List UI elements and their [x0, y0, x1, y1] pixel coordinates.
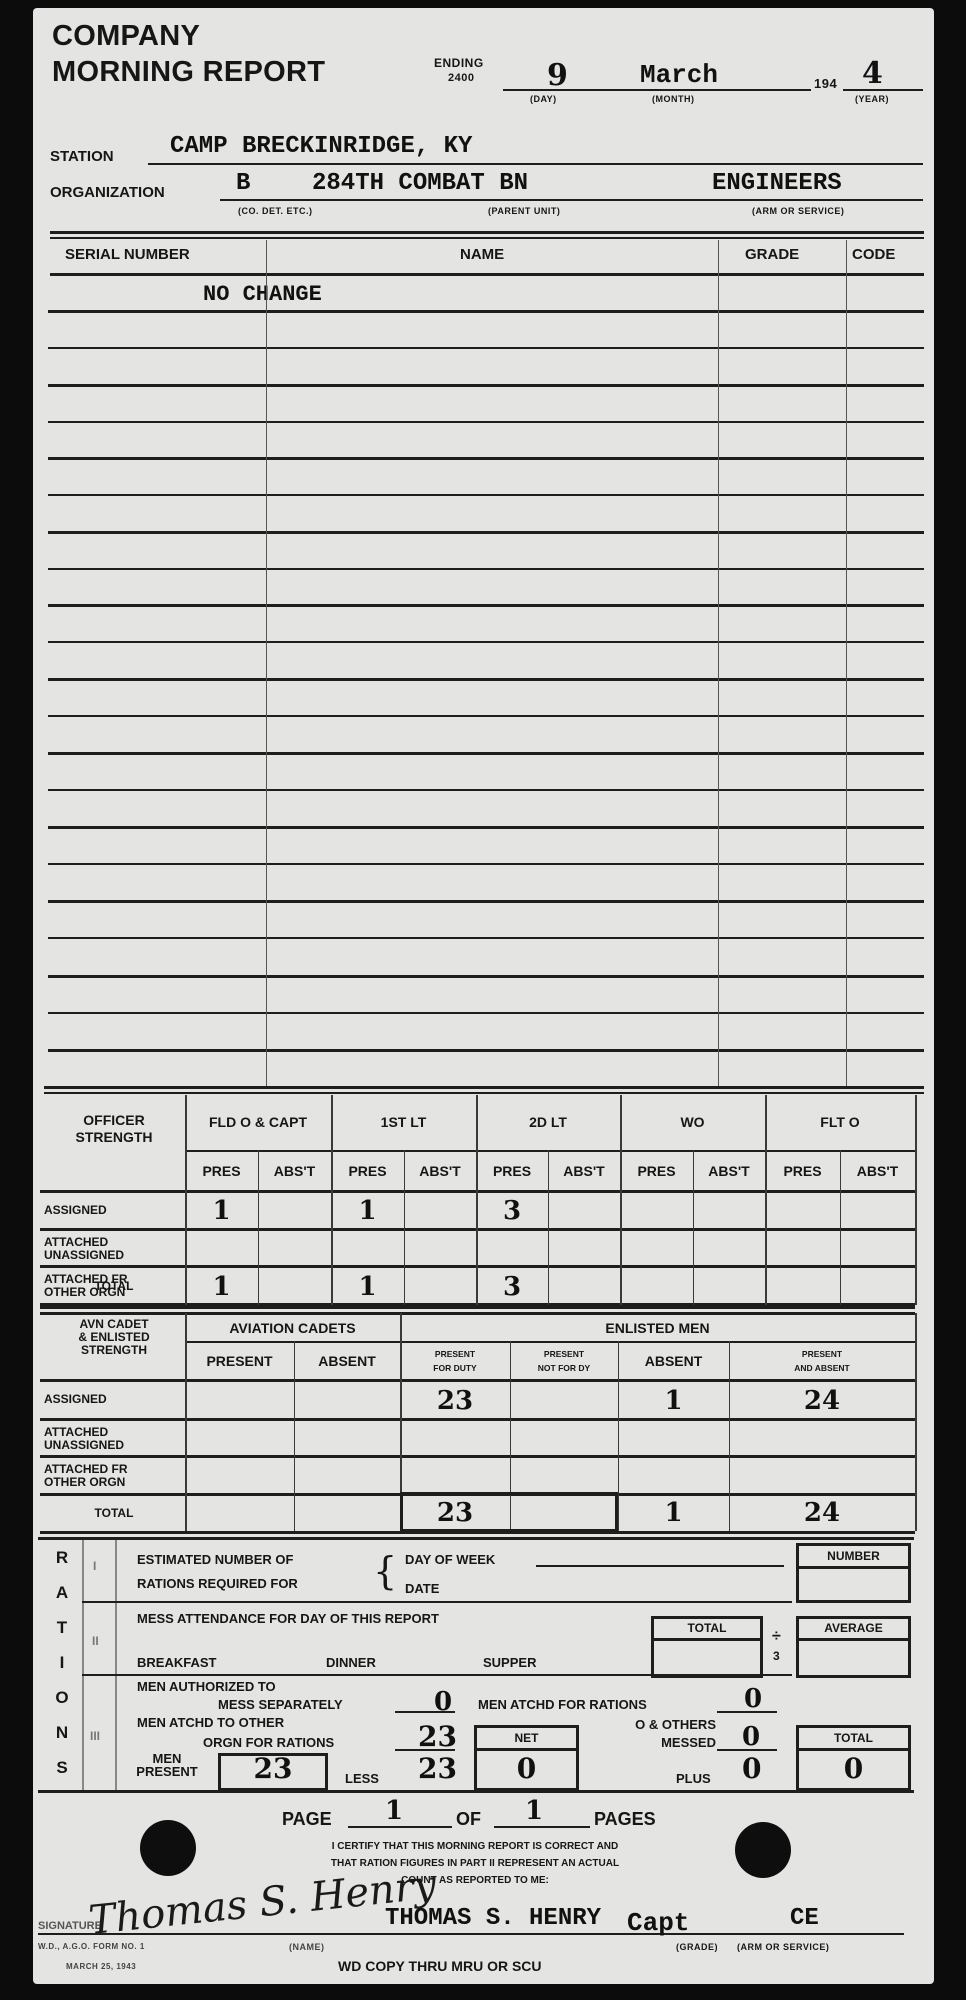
roster-row[interactable] [48, 644, 924, 678]
supper-label: SUPPER [483, 1656, 536, 1669]
of-value: 1 [525, 1796, 543, 1826]
grade-caption: (GRADE) [676, 1942, 718, 1952]
rations-letter: A [52, 1583, 72, 1603]
men-auth-value: 0 [434, 1687, 452, 1717]
officer-cell[interactable] [693, 1230, 765, 1267]
enlisted-cell[interactable]: 23 [400, 1495, 510, 1531]
form-date: MARCH 25, 1943 [66, 1962, 136, 1971]
signature-line[interactable] [38, 1933, 904, 1935]
parent-caption: (PARENT UNIT) [488, 206, 560, 216]
month-caption: (MONTH) [652, 94, 695, 104]
roster-row[interactable] [48, 681, 924, 715]
officer-col-abs: ABS'T [548, 1152, 620, 1190]
officer-cell[interactable] [765, 1192, 840, 1230]
officer-col-pres: PRES [185, 1152, 258, 1190]
enlisted-cell[interactable] [618, 1420, 729, 1457]
of-label: OF [456, 1809, 481, 1830]
roster-row[interactable] [48, 534, 924, 568]
enlisted-cell[interactable] [294, 1495, 400, 1531]
brace-icon: { [373, 1549, 397, 1593]
station-value: CAMP BRECKINRIDGE, KY [170, 133, 472, 160]
officer-group-header: FLD O & CAPT [185, 1096, 331, 1148]
enlisted-cell[interactable] [185, 1457, 294, 1495]
enlisted-cell[interactable] [618, 1457, 729, 1495]
officer-cell[interactable]: 3 [476, 1268, 548, 1306]
roster-row[interactable] [48, 903, 924, 937]
officer-group-header: FLT O [765, 1096, 915, 1148]
officer-cell[interactable] [840, 1192, 915, 1230]
roster-entry: NO CHANGE [203, 282, 322, 307]
officer-group-header: 1ST LT [331, 1096, 476, 1148]
enlisted-col-header: PRESENT [185, 1343, 294, 1379]
rations-letter: N [52, 1723, 72, 1743]
signer-name: THOMAS S. HENRY [385, 1905, 601, 1932]
enlisted-col-header: PRESENTNOT FOR DY [510, 1343, 618, 1379]
enlisted-cell[interactable] [510, 1495, 618, 1531]
enlisted-col-header: PRESENTAND ABSENT [729, 1343, 915, 1379]
report-year: 4 [862, 56, 883, 91]
company-caption: (CO. DET. ETC.) [238, 206, 313, 216]
roster-row-rule [48, 347, 924, 349]
service-caption: (ARM OR SERVICE) [737, 1942, 829, 1952]
organization-arm: ENGINEERS [712, 170, 842, 197]
enlisted-cell[interactable] [510, 1457, 618, 1495]
officer-col-pres: PRES [765, 1152, 840, 1190]
enlisted-cell[interactable] [185, 1495, 294, 1531]
officer-cell[interactable] [404, 1230, 476, 1267]
signer-grade: Capt [627, 1908, 689, 1938]
enlisted-row-label: ASSIGNED [44, 1393, 184, 1406]
group-enlisted-men: ENLISTED MEN [400, 1314, 915, 1341]
ending-label: ENDING [434, 56, 484, 70]
enlisted-cell[interactable] [729, 1420, 915, 1457]
officer-cell[interactable] [548, 1192, 620, 1230]
organization-label: ORGANIZATION [50, 184, 165, 201]
part-iii-label: III [90, 1730, 100, 1743]
enlisted-row-label: ATTACHED FROTHER ORGN [44, 1463, 184, 1489]
enlisted-strength-title: AVN CADET& ENLISTEDSTRENGTH [44, 1318, 184, 1357]
enlisted-cell[interactable] [294, 1381, 400, 1420]
day-caption: (DAY) [530, 94, 557, 104]
roster-row-rule [48, 568, 924, 570]
roster-row-rule [48, 641, 924, 643]
men-atchd-rations-label: MEN ATCHD FOR RATIONS [478, 1698, 647, 1711]
officer-cell[interactable] [548, 1230, 620, 1267]
signer-service: CE [790, 1905, 819, 1932]
roster-row[interactable] [48, 792, 924, 826]
average-label: AVERAGE [796, 1622, 911, 1635]
roster-row-rule [48, 494, 924, 496]
divide-icon: ÷ [772, 1630, 781, 1643]
organization-line [220, 199, 923, 201]
enlisted-col-header: ABSENT [618, 1343, 729, 1379]
roster-row[interactable] [48, 829, 924, 863]
rations-letter: S [52, 1758, 72, 1778]
officer-row-label: ASSIGNED [44, 1204, 184, 1217]
rations-letter: O [52, 1688, 72, 1708]
roster-row-rule [48, 937, 924, 939]
enlisted-cell[interactable]: 24 [729, 1495, 915, 1531]
day-of-week-label: DAY OF WEEK [405, 1553, 495, 1566]
net-value: 0 [474, 1752, 579, 1785]
roster-row-rule [48, 1012, 924, 1014]
plus-label: PLUS [676, 1772, 711, 1785]
roster-row-rule [48, 715, 924, 717]
roster-row[interactable] [48, 424, 924, 457]
pages-label: PAGES [594, 1809, 656, 1830]
roster-row-rule [48, 863, 924, 865]
officer-strength-title: OFFICER STRENGTH [44, 1112, 184, 1146]
officer-col-abs: ABS'T [840, 1152, 915, 1190]
roster-bottom-rule [44, 1086, 924, 1089]
station-label: STATION [50, 148, 114, 165]
page-value: 1 [385, 1796, 403, 1826]
year-prefix: 194 [814, 76, 837, 91]
enlisted-cell[interactable] [729, 1457, 915, 1495]
enlisted-cell[interactable] [510, 1381, 618, 1420]
enlisted-col-header: PRESENTFOR DUTY [400, 1343, 510, 1379]
officer-row-label: ATTACHEDUNASSIGNED [44, 1236, 184, 1262]
enlisted-cell[interactable] [400, 1457, 510, 1495]
officer-col-abs: ABS'T [404, 1152, 476, 1190]
enlisted-cell[interactable] [185, 1420, 294, 1457]
plus-value: 0 [742, 1752, 761, 1785]
col-header-code: CODE [852, 246, 895, 263]
men-auth-label-1: MEN AUTHORIZED TO [137, 1680, 276, 1693]
total2-label: TOTAL [796, 1732, 911, 1745]
form-number: W.D., A.G.O. FORM NO. 1 [38, 1942, 145, 1951]
enlisted-col-header: ABSENT [294, 1343, 400, 1379]
rations-top-rule [38, 1537, 914, 1540]
officer-cell[interactable] [840, 1268, 915, 1306]
report-day: 9 [547, 58, 568, 93]
officer-group-header: WO [620, 1096, 765, 1148]
estimated-label-2: RATIONS REQUIRED FOR [137, 1577, 298, 1590]
officer-cell[interactable] [258, 1268, 331, 1306]
enlisted-cell[interactable] [294, 1457, 400, 1495]
officer-col-abs: ABS'T [693, 1152, 765, 1190]
enlisted-cell[interactable] [294, 1420, 400, 1457]
name-caption: (NAME) [289, 1942, 325, 1952]
group-aviation-cadets: AVIATION CADETS [185, 1314, 400, 1341]
wd-copy-note: WD COPY THRU MRU OR SCU [338, 1958, 542, 1974]
date-label: DATE [405, 1582, 439, 1595]
roster-row[interactable] [48, 571, 924, 604]
mess-total-label: TOTAL [651, 1622, 763, 1635]
year-line [843, 89, 923, 91]
officer-cell[interactable] [404, 1192, 476, 1230]
total2-value: 0 [796, 1752, 911, 1785]
roster-top-rule-2 [50, 237, 924, 239]
roster-row[interactable] [48, 387, 924, 421]
officer-cell[interactable] [185, 1230, 258, 1267]
arm-caption: (ARM OR SERVICE) [752, 206, 844, 216]
officer-cell[interactable]: 1 [185, 1268, 258, 1306]
part-i-label: I [93, 1560, 96, 1573]
officer-group-header: 2D LT [476, 1096, 620, 1148]
officer-cell[interactable] [258, 1230, 331, 1267]
officer-col-pres: PRES [476, 1152, 548, 1190]
officer-cell[interactable] [476, 1230, 548, 1267]
roster-top-rule [50, 231, 924, 234]
officer-cell[interactable] [258, 1192, 331, 1230]
report-month: March [640, 60, 718, 90]
officer-cell[interactable] [620, 1230, 693, 1267]
officer-cell[interactable] [620, 1268, 693, 1306]
roster-row[interactable] [48, 940, 924, 975]
men-present-label: MEN PRESENT [127, 1752, 207, 1778]
col-header-serial: SERIAL NUMBER [65, 246, 190, 263]
net-label: NET [474, 1732, 579, 1745]
number-label: NUMBER [796, 1550, 911, 1563]
roster-header-rule [50, 273, 924, 276]
officer-cell[interactable] [693, 1268, 765, 1306]
roster-row[interactable] [48, 497, 924, 531]
others-value: 0 [742, 1722, 760, 1752]
organization-company: B [236, 170, 250, 197]
officer-cell[interactable] [620, 1192, 693, 1230]
officer-cell[interactable]: 1 [185, 1192, 258, 1230]
roster-row[interactable] [48, 350, 924, 384]
mess-attendance-label: MESS ATTENDANCE FOR DAY OF THIS REPORT [137, 1612, 439, 1625]
others-label-1: O & OTHERS [606, 1718, 716, 1731]
col-header-grade: GRADE [745, 246, 799, 263]
dinner-label: DINNER [326, 1656, 376, 1669]
officer-col-abs: ABS'T [258, 1152, 331, 1190]
estimated-label-1: ESTIMATED NUMBER OF [137, 1553, 293, 1566]
men-auth-label-2: MESS SEPARATELY [218, 1698, 343, 1711]
enlisted-cell[interactable]: 1 [618, 1495, 729, 1531]
roster-row[interactable] [48, 460, 924, 494]
roster-row[interactable] [48, 755, 924, 789]
roster-row[interactable] [48, 313, 924, 347]
enlisted-cell[interactable]: 23 [400, 1381, 510, 1420]
officer-col-pres: PRES [620, 1152, 693, 1190]
roster-row[interactable] [48, 1015, 924, 1049]
officer-cell[interactable] [548, 1268, 620, 1306]
men-atchd-other-label-1: MEN ATCHD TO OTHER [137, 1716, 284, 1729]
form-title-line1: COMPANY [52, 20, 200, 53]
officer-cell[interactable] [331, 1230, 404, 1267]
roster-row[interactable] [48, 978, 924, 1012]
station-line [148, 163, 923, 165]
men-atchd-other-label-2: ORGN FOR RATIONS [203, 1736, 334, 1749]
roster-row[interactable] [48, 607, 924, 641]
roster-row-rule [48, 789, 924, 791]
officer-cell[interactable]: 1 [331, 1268, 404, 1306]
roster-row[interactable] [48, 866, 924, 900]
officer-cell[interactable] [404, 1268, 476, 1306]
year-caption: (YEAR) [855, 94, 889, 104]
men-atchd-other-value: 23 [418, 1720, 457, 1753]
enlisted-cell[interactable]: 24 [729, 1381, 915, 1420]
men-atchd-rations-value: 0 [744, 1684, 762, 1714]
roster-row-rule [48, 421, 924, 423]
enlisted-row-label: ATTACHEDUNASSIGNED [44, 1426, 184, 1452]
enlisted-cell[interactable]: 1 [618, 1381, 729, 1420]
divide-by: 3 [773, 1650, 780, 1663]
enlisted-cell[interactable] [185, 1381, 294, 1420]
officer-cell[interactable] [765, 1230, 840, 1267]
part-ii-label: II [92, 1635, 99, 1648]
officer-row-label: TOTAL [44, 1280, 184, 1293]
rations-letter: R [52, 1548, 72, 1568]
binder-hole-left [140, 1820, 196, 1876]
roster-row-rule [48, 1049, 924, 1052]
ending-time: 2400 [448, 72, 474, 84]
binder-hole-right [735, 1822, 791, 1878]
organization-parent-unit: 284TH COMBAT BN [312, 170, 528, 197]
breakfast-label: BREAKFAST [137, 1656, 216, 1669]
enlisted-cell[interactable] [510, 1420, 618, 1457]
men-present-value: 23 [218, 1752, 328, 1785]
rations-letter: T [52, 1618, 72, 1638]
officer-cell[interactable] [840, 1230, 915, 1267]
day-of-week-line[interactable] [536, 1565, 784, 1567]
others-label-2: MESSED [606, 1736, 716, 1749]
enlisted-row-label: TOTAL [44, 1507, 184, 1520]
rations-letter: I [52, 1653, 72, 1673]
less-label: LESS [345, 1772, 379, 1785]
officer-cell[interactable] [693, 1192, 765, 1230]
page-label: PAGE [282, 1809, 332, 1830]
form-title-line2: MORNING REPORT [52, 56, 325, 89]
less-value: 23 [418, 1752, 457, 1785]
col-header-name: NAME [460, 246, 504, 263]
enlisted-cell[interactable] [400, 1420, 510, 1457]
officer-col-pres: PRES [331, 1152, 404, 1190]
roster-row[interactable] [48, 718, 924, 752]
officer-cell[interactable]: 1 [331, 1192, 404, 1230]
officer-cell[interactable]: 3 [476, 1192, 548, 1230]
officer-cell[interactable] [765, 1268, 840, 1306]
